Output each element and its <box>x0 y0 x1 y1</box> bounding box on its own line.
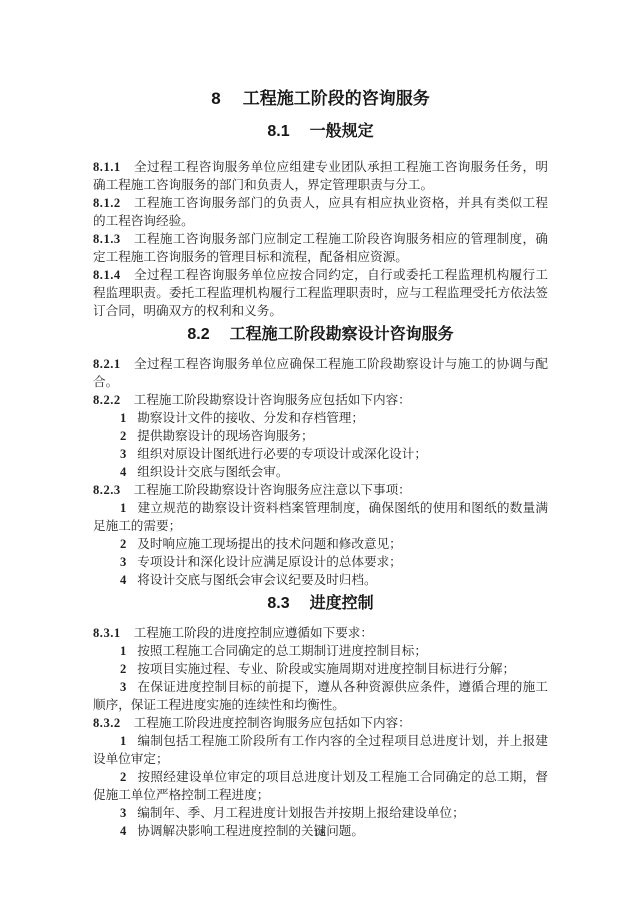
document-page: 8工程施工阶段的咨询服务 8.1一般规定 8.1.1全过程工程咨询服务单位应组建… <box>0 0 640 905</box>
item-number: 3 <box>120 555 126 569</box>
clause-number: 8.1.2 <box>93 196 121 210</box>
section-number: 8.3 <box>267 595 289 612</box>
clause-text: 工程施工阶段的进度控制应遵循如下要求： <box>134 626 373 640</box>
list-item-8-2-2-4: 4组织设计交底与图纸会审。 <box>93 463 548 481</box>
item-text: 在保证进度控制目标的前提下，遵从各种资源供应条件，遵循合理的施工顺序，保证工程进… <box>93 680 548 712</box>
clause-text: 工程施工阶段勘察设计咨询服务应注意以下事项： <box>134 483 411 497</box>
item-number: 2 <box>120 429 126 443</box>
clause-8-1-1: 8.1.1全过程工程咨询服务单位应组建专业团队承担工程施工咨询服务任务，明确工程… <box>93 158 548 194</box>
item-text: 提供勘察设计的现场咨询服务； <box>137 429 313 443</box>
item-text: 勘察设计文件的接收、分发和存档管理； <box>137 411 364 425</box>
item-text: 组织对原设计图纸进行必要的专项设计或深化设计； <box>137 447 427 461</box>
item-text: 专项设计和深化设计应满足原设计的总体要求； <box>137 555 401 569</box>
clause-8-2-1: 8.2.1全过程工程咨询服务单位应确保工程施工阶段勘察设计与施工的协调与配合。 <box>93 355 548 391</box>
chapter-title: 8工程施工阶段的咨询服务 <box>93 88 548 110</box>
clause-text: 工程施工阶段勘察设计咨询服务应包括如下内容： <box>134 393 411 407</box>
item-number: 2 <box>120 662 126 676</box>
clause-number: 8.2.1 <box>93 357 121 371</box>
item-text: 按项目实施过程、专业、阶段或实施周期对进度控制目标进行分解； <box>137 662 515 676</box>
list-item-8-2-3-2: 2及时响应施工现场提出的技术问题和修改意见； <box>93 535 548 553</box>
item-number: 2 <box>120 770 126 784</box>
item-number: 1 <box>120 501 126 515</box>
clause-text: 工程施工阶段进度控制咨询服务应包括如下内容： <box>134 716 411 730</box>
list-item-8-2-2-2: 2提供勘察设计的现场咨询服务； <box>93 427 548 445</box>
clause-number: 8.1.4 <box>93 268 121 282</box>
clause-8-1-4: 8.1.4全过程工程咨询服务单位应按合同约定，自行或委托工程监理机构履行工程监理… <box>93 266 548 320</box>
section-heading-8-1: 8.1一般规定 <box>93 122 548 142</box>
section-title-text: 一般规定 <box>310 123 374 140</box>
item-text: 按照经建设单位审定的项目总进度计划及工程施工合同确定的总工期，督促施工单位严格控… <box>93 770 548 802</box>
section-heading-8-3: 8.3进度控制 <box>93 594 548 614</box>
item-text: 将设计交底与图纸会审会议纪要及时归档。 <box>137 573 376 587</box>
page-number: 18 <box>0 826 640 840</box>
item-number: 2 <box>120 537 126 551</box>
clause-text: 工程施工咨询服务部门应制定工程施工阶段咨询服务相应的管理制度，确定工程施工咨询服… <box>93 232 548 264</box>
clause-text: 全过程工程咨询服务单位应按合同约定，自行或委托工程监理机构履行工程监理职责。委托… <box>93 268 548 318</box>
clause-8-2-3: 8.2.3工程施工阶段勘察设计咨询服务应注意以下事项： <box>93 481 548 499</box>
clause-number: 8.1.1 <box>93 160 121 174</box>
chapter-title-text: 工程施工阶段的咨询服务 <box>243 89 430 108</box>
item-number: 1 <box>120 644 126 658</box>
list-item-8-3-2-3: 3编制年、季、月工程进度计划报告并按期上报给建设单位； <box>93 804 548 822</box>
item-number: 3 <box>120 680 126 694</box>
list-item-8-3-1-3: 3在保证进度控制目标的前提下，遵从各种资源供应条件，遵循合理的施工顺序，保证工程… <box>93 678 548 714</box>
section-heading-8-2: 8.2工程施工阶段勘察设计咨询服务 <box>93 325 548 345</box>
section-title-text: 进度控制 <box>310 595 374 612</box>
section-number: 8.1 <box>267 123 289 140</box>
list-item-8-2-2-1: 1勘察设计文件的接收、分发和存档管理； <box>93 409 548 427</box>
clause-text: 工程施工咨询服务部门的负责人，应具有相应执业资格，并具有类似工程的工程咨询经验。 <box>93 196 548 228</box>
list-item-8-2-3-4: 4将设计交底与图纸会审会议纪要及时归档。 <box>93 571 548 589</box>
list-item-8-2-3-3: 3专项设计和深化设计应满足原设计的总体要求； <box>93 553 548 571</box>
section-number: 8.2 <box>187 326 209 343</box>
item-text: 编制年、季、月工程进度计划报告并按期上报给建设单位； <box>137 806 464 820</box>
item-number: 4 <box>120 573 126 587</box>
item-text: 按照工程施工合同确定的总工期制订进度控制目标； <box>137 644 427 658</box>
clause-number: 8.2.3 <box>93 483 121 497</box>
list-item-8-2-2-3: 3组织对原设计图纸进行必要的专项设计或深化设计； <box>93 445 548 463</box>
chapter-number: 8 <box>211 89 220 108</box>
clause-8-2-2: 8.2.2工程施工阶段勘察设计咨询服务应包括如下内容： <box>93 391 548 409</box>
item-text: 组织设计交底与图纸会审。 <box>137 465 288 479</box>
item-number: 4 <box>120 465 126 479</box>
item-number: 1 <box>120 734 126 748</box>
item-text: 及时响应施工现场提出的技术问题和修改意见； <box>137 537 401 551</box>
clause-number: 8.3.2 <box>93 716 121 730</box>
clause-number: 8.2.2 <box>93 393 121 407</box>
section-title-text: 工程施工阶段勘察设计咨询服务 <box>230 326 454 343</box>
item-text: 编制包括工程施工阶段所有工作内容的全过程项目总进度计划，并上报建设单位审定； <box>93 734 548 766</box>
item-number: 3 <box>120 806 126 820</box>
list-item-8-3-1-1: 1按照工程施工合同确定的总工期制订进度控制目标； <box>93 642 548 660</box>
list-item-8-3-1-2: 2按项目实施过程、专业、阶段或实施周期对进度控制目标进行分解； <box>93 660 548 678</box>
list-item-8-2-3-1: 1建立规范的勘察设计资料档案管理制度，确保图纸的使用和图纸的数量满足施工的需要； <box>93 499 548 535</box>
clause-number: 8.3.1 <box>93 626 121 640</box>
item-number: 3 <box>120 447 126 461</box>
clause-8-1-2: 8.1.2工程施工咨询服务部门的负责人，应具有相应执业资格，并具有类似工程的工程… <box>93 194 548 230</box>
clause-text: 全过程工程咨询服务单位应确保工程施工阶段勘察设计与施工的协调与配合。 <box>93 357 548 389</box>
clause-8-3-2: 8.3.2工程施工阶段进度控制咨询服务应包括如下内容： <box>93 714 548 732</box>
list-item-8-3-2-1: 1编制包括工程施工阶段所有工作内容的全过程项目总进度计划，并上报建设单位审定； <box>93 732 548 768</box>
item-number: 1 <box>120 411 126 425</box>
clause-number: 8.1.3 <box>93 232 121 246</box>
clause-text: 全过程工程咨询服务单位应组建专业团队承担工程施工咨询服务任务，明确工程施工咨询服… <box>93 160 548 192</box>
item-text: 建立规范的勘察设计资料档案管理制度，确保图纸的使用和图纸的数量满足施工的需要； <box>93 501 548 533</box>
clause-8-1-3: 8.1.3工程施工咨询服务部门应制定工程施工阶段咨询服务相应的管理制度，确定工程… <box>93 230 548 266</box>
list-item-8-3-2-2: 2按照经建设单位审定的项目总进度计划及工程施工合同确定的总工期，督促施工单位严格… <box>93 768 548 804</box>
clause-8-3-1: 8.3.1工程施工阶段的进度控制应遵循如下要求： <box>93 624 548 642</box>
